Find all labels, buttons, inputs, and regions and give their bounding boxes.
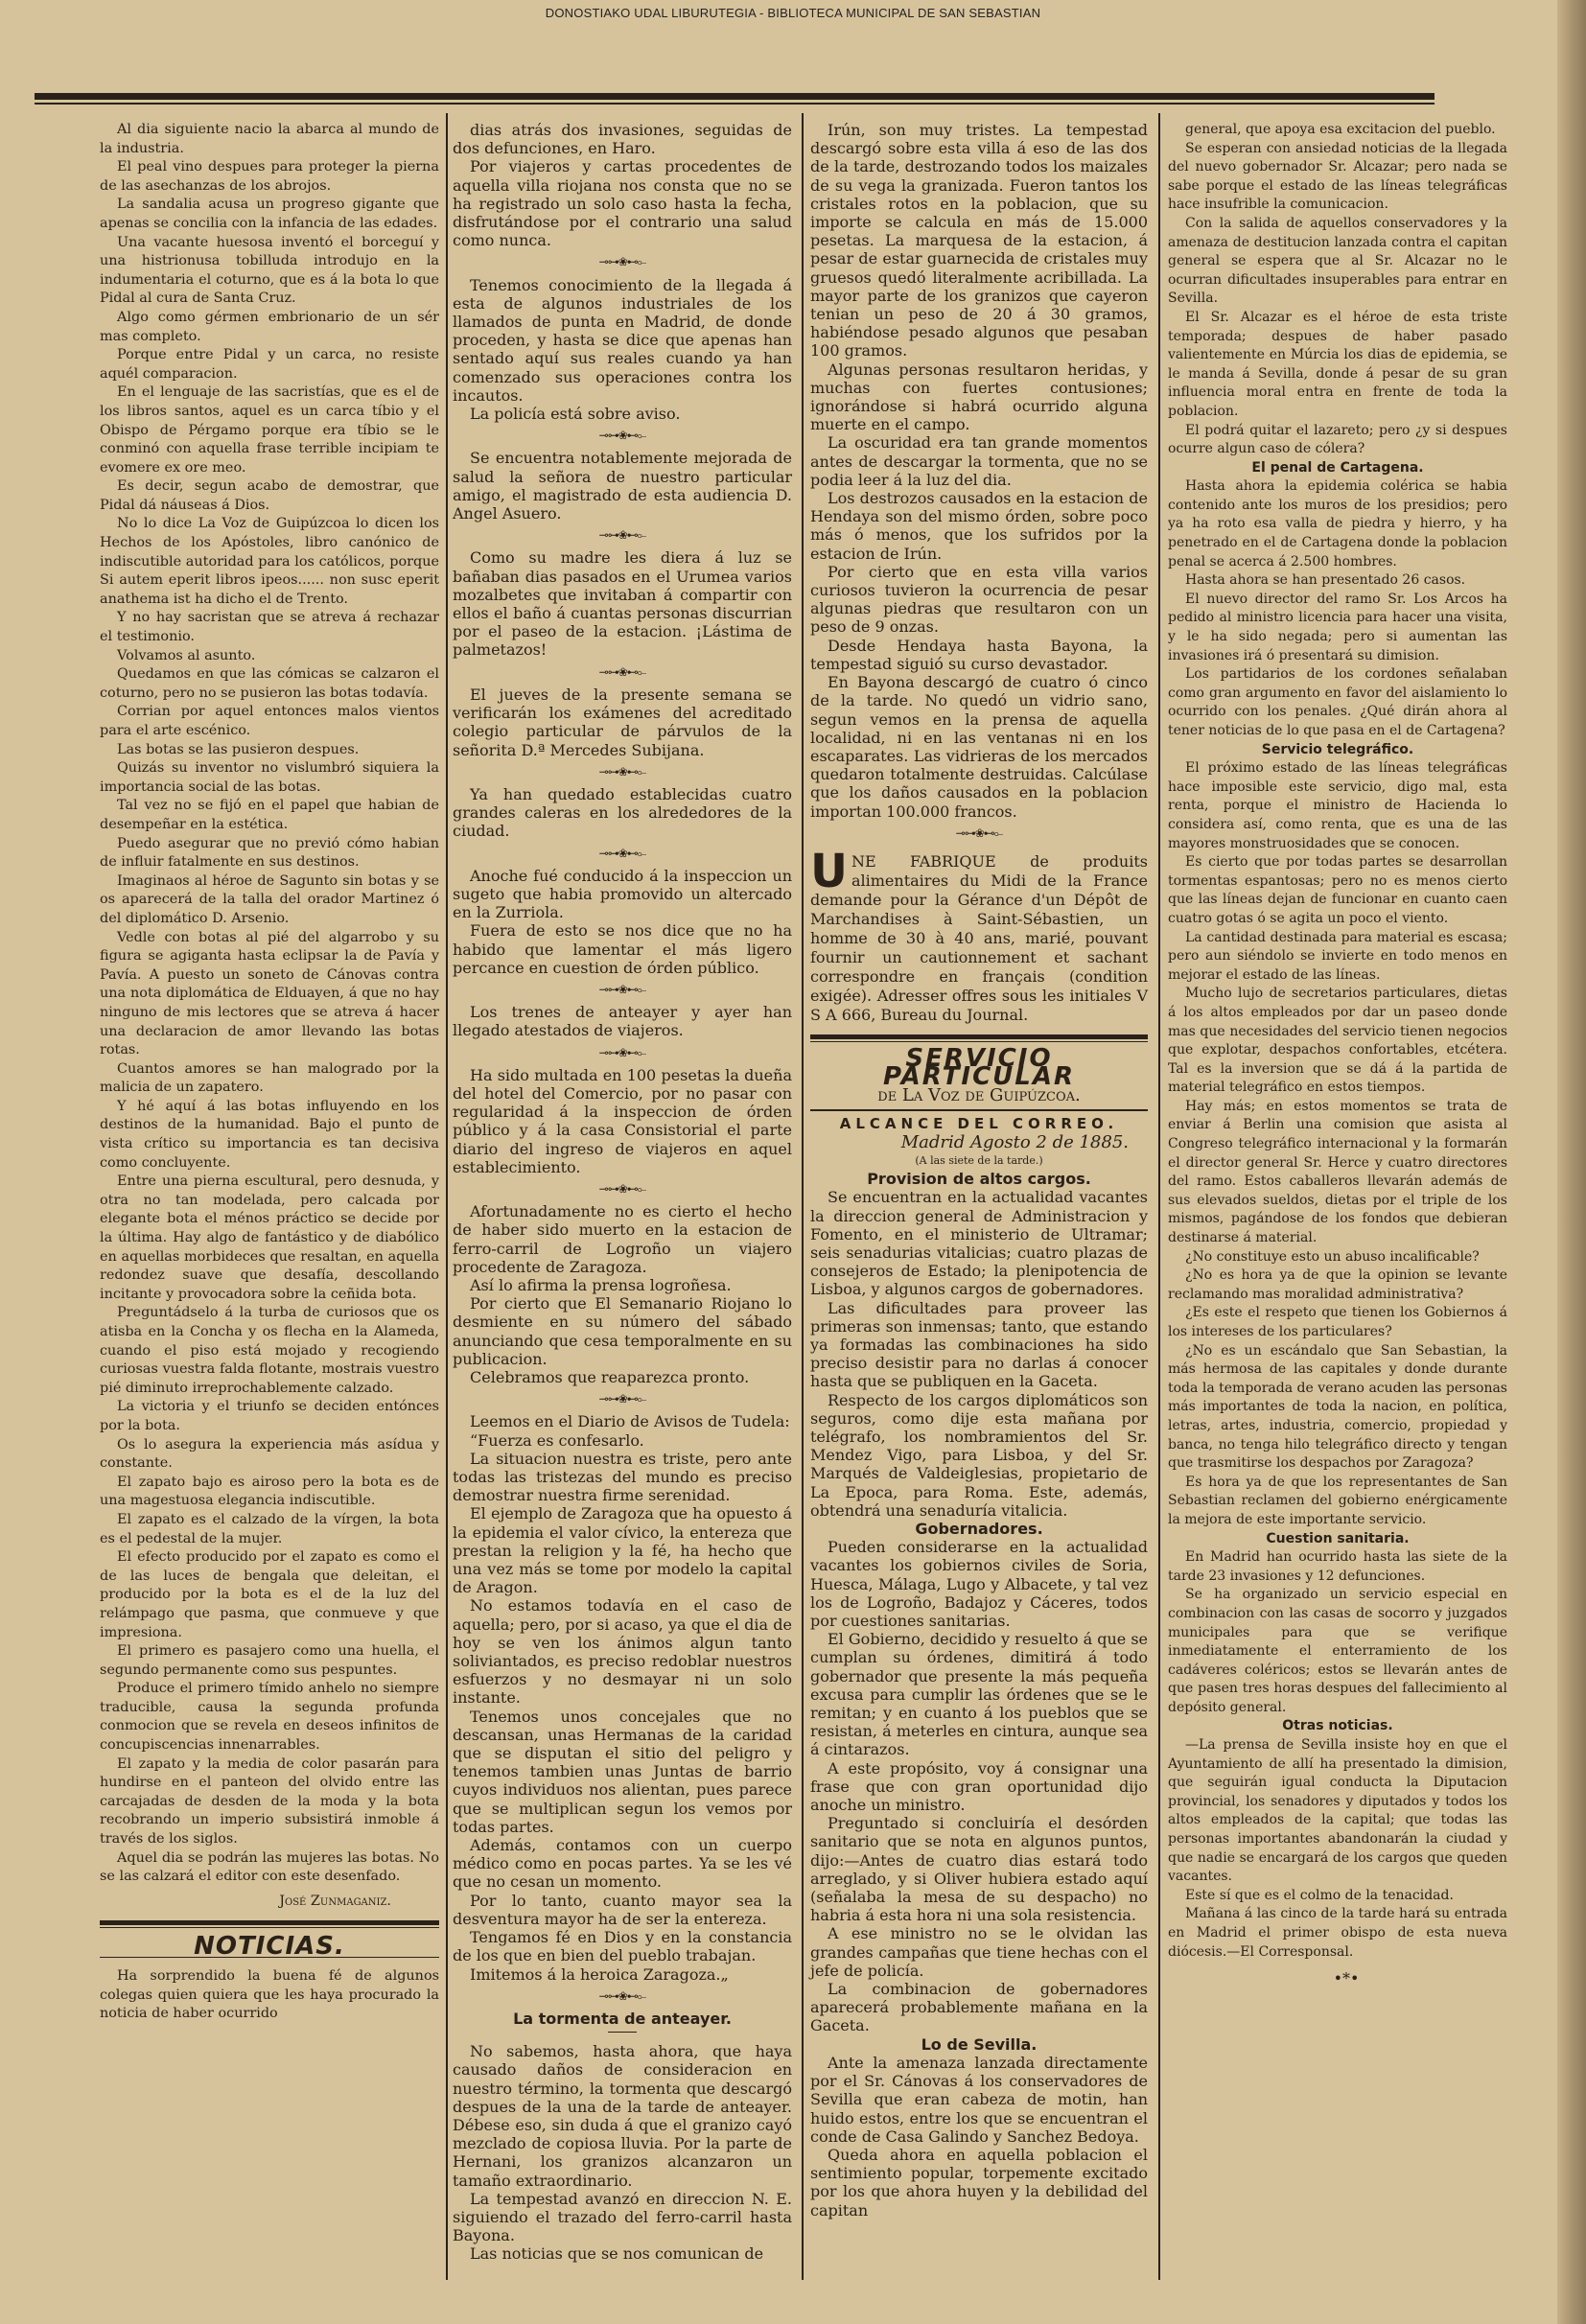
alcance-heading: ALCANCE DEL CORREO. (810, 1115, 1148, 1133)
column-1: Al dia siguiente nacio la abarca al mund… (100, 121, 439, 2024)
provision-heading: Provision de altos cargos. (810, 1170, 1148, 1188)
cartagena-article: Hasta ahora la epidemia colérica se habi… (1168, 477, 1507, 740)
paragraph: Quizás su inventor no vislumbró siquiera… (100, 759, 439, 797)
telegrafico-article: El próximo estado de las líneas telegráf… (1168, 759, 1507, 1529)
ornament-divider: ⊸⊶❀⊷⟜ (453, 763, 792, 781)
paragraph: A este propósito, voy á consignar una fr… (810, 1759, 1148, 1815)
irun-article: Irún, son muy tristes. La tempestad desc… (810, 121, 1148, 821)
section-rule-thin (810, 1041, 1148, 1042)
paragraph: Se encuentra notablemente mejorada de sa… (453, 449, 792, 523)
paragraph: Desde Hendaya hasta Bayona, la tempestad… (810, 637, 1148, 673)
paragraph: ¿No es un escándalo que San Sebastian, l… (1168, 1342, 1507, 1474)
paragraph: Los destrozos causados en la estacion de… (810, 489, 1148, 563)
paragraph: Por viajeros y cartas procedentes de aqu… (453, 157, 792, 249)
paragraph: Tenemos conocimiento de la llegada á est… (453, 276, 792, 405)
paragraph: El zapato es el calzado de la vírgen, la… (100, 1511, 439, 1548)
column-rule (802, 113, 804, 2280)
paragraph: Fuera de esto se nos dice que no ha habi… (453, 921, 792, 977)
signature: José Zunmaganiz. (100, 1893, 439, 1912)
column-4: general, que apoya esa excitacion del pu… (1168, 121, 1507, 1988)
news-item: Los trenes de anteayer y ayer han llegad… (453, 1003, 792, 1039)
sanitaria-heading: Cuestion sanitaria. (1168, 1530, 1507, 1549)
news-items: dias atrás dos invasiones, seguidas de d… (453, 121, 792, 1984)
news-item: Como su madre les diera á luz se bañaban… (453, 548, 792, 659)
paragraph: Y hé aquí á las botas influyendo en los … (100, 1098, 439, 1173)
paragraph: No lo dice La Voz de Guipúzcoa lo dicen … (100, 515, 439, 609)
section-rule-thin (810, 1109, 1148, 1111)
paragraph: Corrian por aquel entonces malos vientos… (100, 703, 439, 740)
paragraph: Vedle con botas al pié del algarrobo y s… (100, 929, 439, 1060)
paragraph: Ante la amenaza lanzada directamente por… (810, 2054, 1148, 2146)
sevilla-continued: general, que apoya esa excitacion del pu… (1168, 121, 1507, 459)
paragraph: Al dia siguiente nacio la abarca al mund… (100, 121, 439, 158)
news-item: Afortunadamente no es cierto el hecho de… (453, 1202, 792, 1386)
ornament-divider: ⊸⊶❀⊷⟜ (453, 427, 792, 445)
paragraph: La cantidad destinada para material es e… (1168, 929, 1507, 986)
short-rule (608, 2032, 637, 2033)
paragraph: El peal vino despues para proteger la pi… (100, 158, 439, 196)
cartagena-heading: El penal de Cartagena. (1168, 459, 1507, 478)
paragraph: Tenemos unos concejales que no descansan… (453, 1708, 792, 1836)
paragraph: Es decir, segun acabo de demostrar, que … (100, 477, 439, 515)
provision-article: Se encuentran en la actualidad vacantes … (810, 1188, 1148, 1520)
paragraph: Preguntádselo á la turba de curiosos que… (100, 1304, 439, 1398)
paragraph: Es hora ya de que los representantes de … (1168, 1474, 1507, 1530)
paragraph: ¿No es hora ya de que la opinion se leva… (1168, 1267, 1507, 1304)
paragraph: Cuantos amores se han malogrado por la m… (100, 1060, 439, 1098)
servicio-particular-heading: SERVICIO PARTICULAR (810, 1050, 1148, 1086)
news-item: Tenemos conocimiento de la llegada á est… (453, 276, 792, 424)
paragraph: Las noticias que se nos comunican de (453, 2244, 792, 2263)
paragraph: Porque entre Pidal y un carca, no resist… (100, 346, 439, 383)
news-item: Leemos en el Diario de Avisos de Tudela:… (453, 1412, 792, 1983)
paragraph: En Madrid han ocurrido hasta las siete d… (1168, 1548, 1507, 1586)
paragraph: El Sr. Alcazar es el héroe de esta trist… (1168, 309, 1507, 422)
paragraph: —La prensa de Sevilla insiste hoy en que… (1168, 1736, 1507, 1887)
paragraph: El Gobierno, decidido y resuelto á que s… (810, 1630, 1148, 1758)
paragraph: El primero es pasajero como una huella, … (100, 1642, 439, 1680)
noticias-paragraph: Ha sorprendido la buena fé de algunos co… (100, 1967, 439, 2024)
paragraph: Hasta ahora se han presentado 26 casos. (1168, 571, 1507, 591)
gobernadores-article: Pueden considerarse en la actualidad vac… (810, 1538, 1148, 2034)
ornament-divider: ⊸⊶❀⊷⟜ (453, 253, 792, 271)
dateline: Madrid Agosto 2 de 1885. (810, 1133, 1148, 1151)
paragraph: La sandalia acusa un progreso gigante qu… (100, 196, 439, 233)
paragraph: Con la salida de aquellos conservadores … (1168, 215, 1507, 309)
paragraph: ¿No constituye esto un abuso incalificab… (1168, 1248, 1507, 1267)
news-item: Ya han quedado establecidas cuatro grand… (453, 785, 792, 841)
paragraph: El nuevo director del ramo Sr. Los Arcos… (1168, 591, 1507, 665)
paragraph: Aquel dia se podrán las mujeres las bota… (100, 1849, 439, 1887)
paragraph: La oscuridad era tan grande momentos ant… (810, 433, 1148, 489)
paragraph: El próximo estado de las líneas telegráf… (1168, 759, 1507, 853)
column-rule (446, 113, 448, 2280)
paragraph: Hasta ahora la epidemia colérica se habi… (1168, 477, 1507, 571)
paragraph: Se ha organizado un servicio especial en… (1168, 1586, 1507, 1717)
paragraph: Hay más; en estos momentos se trata de e… (1168, 1098, 1507, 1248)
paragraph: Este sí que es el colmo de la tenacidad. (1168, 1887, 1507, 1906)
article-botas: Al dia siguiente nacio la abarca al mund… (100, 121, 439, 1887)
paragraph: La policía está sobre aviso. (453, 405, 792, 423)
paragraph: Se esperan con ansiedad noticias de la l… (1168, 140, 1507, 215)
sanitaria-article: En Madrid han ocurrido hasta las siete d… (1168, 1548, 1507, 1717)
paragraph: Algo como gérmen embrionario de un sér m… (100, 309, 439, 346)
column-rule (1158, 113, 1160, 2280)
ornament-divider: ⊸⊶❀⊷⟜ (453, 1987, 792, 2006)
top-rule (35, 93, 1434, 100)
paragraph: dias atrás dos invasiones, seguidas de d… (453, 121, 792, 157)
paragraph: Mucho lujo de secretarios particulares, … (1168, 985, 1507, 1098)
ornament-divider: ⊸⊶❀⊷⟜ (453, 663, 792, 682)
paragraph: Así lo afirma la prensa logroñesa. (453, 1276, 792, 1294)
paragraph: Celebramos que reaparezca pronto. (453, 1368, 792, 1386)
paragraph: En el lenguaje de las sacristías, que es… (100, 383, 439, 477)
paragraph: A ese ministro no se le olvidan las gran… (810, 1924, 1148, 1980)
otras-article: —La prensa de Sevilla insiste hoy en que… (1168, 1736, 1507, 1962)
ad-text: NE FABRIQUE de produits alimentaires du … (810, 852, 1148, 1024)
tormenta-heading: La tormenta de anteayer. (453, 2010, 792, 2028)
paragraph: Los partidarios de los cordones señalaba… (1168, 665, 1507, 740)
paragraph: Como su madre les diera á luz se bañaban… (453, 548, 792, 659)
ornament-divider: ⊸⊶❀⊷⟜ (453, 1180, 792, 1198)
paragraph: No sabemos, hasta ahora, que haya causad… (453, 2042, 792, 2190)
news-item: Ha sido multada en 100 pesetas la dueña … (453, 1066, 792, 1176)
paragraph: Es cierto que por todas partes se desarr… (1168, 853, 1507, 928)
ornament-divider: ⊸⊶❀⊷⟜ (810, 825, 1148, 843)
paragraph: Pueden considerarse en la actualidad vac… (810, 1538, 1148, 1630)
paragraph: El efecto producido por el zapato es com… (100, 1548, 439, 1642)
paragraph: Quedamos en que las cómicas se calzaron … (100, 665, 439, 703)
paragraph: Ya han quedado establecidas cuatro grand… (453, 785, 792, 841)
dropcap: U (810, 852, 848, 891)
paragraph: Las botas se las pusieron despues. (100, 741, 439, 760)
paragraph: La tempestad avanzó en direccion N. E. s… (453, 2190, 792, 2245)
paragraph: Se encuentran en la actualidad vacantes … (810, 1188, 1148, 1298)
paragraph: Tengamos fé en Dios y en la constancia d… (453, 1928, 792, 1964)
noticias-heading: NOTICIAS. (100, 1938, 439, 1957)
paragraph: general, que apoya esa excitacion del pu… (1168, 121, 1507, 140)
section-rule-thin (100, 1927, 439, 1928)
sevilla-heading: Lo de Sevilla. (810, 2035, 1148, 2054)
paragraph: En Bayona descargó de cuatro ó cinco de … (810, 673, 1148, 821)
paragraph: Y no hay sacristan que se atreva á recha… (100, 609, 439, 646)
paragraph: Leemos en el Diario de Avisos de Tudela: (453, 1412, 792, 1430)
paragraph: Preguntado si concluiría el desórden san… (810, 1814, 1148, 1924)
paragraph: Volvamos al asunto. (100, 647, 439, 666)
paragraph: El zapato y la media de color pasarán pa… (100, 1755, 439, 1849)
paragraph: Los trenes de anteayer y ayer han llegad… (453, 1003, 792, 1039)
french-advertisement: U NE FABRIQUE de produits alimentaires d… (810, 852, 1148, 1025)
paragraph: Respecto de los cargos diplomáticos son … (810, 1391, 1148, 1520)
paragraph: Imaginaos al héroe de Sagunto sin botas … (100, 872, 439, 929)
paragraph: Entre una pierna escultural, pero desnud… (100, 1173, 439, 1304)
paragraph: No estamos todavía en el caso de aquella… (453, 1596, 792, 1707)
gobernadores-heading: Gobernadores. (810, 1520, 1148, 1538)
page-edge (1557, 0, 1586, 2324)
paragraph: Además, contamos con un cuerpo médico co… (453, 1836, 792, 1892)
paragraph: Por cierto que El Semanario Riojano lo d… (453, 1294, 792, 1368)
paragraph: El podrá quitar el lazareto; pero ¿y si … (1168, 422, 1507, 459)
news-item: Se encuentra notablemente mejorada de sa… (453, 449, 792, 523)
paragraph: Por lo tanto, cuanto mayor sea la desven… (453, 1892, 792, 1928)
section-rule (810, 1034, 1148, 1039)
paragraph: Mañana á las cinco de la tarde hará su e… (1168, 1905, 1507, 1962)
paragraph: Afortunadamente no es cierto el hecho de… (453, 1202, 792, 1276)
library-header: DONOSTIAKO UDAL LIBURUTEGIA - BIBLIOTECA… (0, 6, 1586, 20)
paragraph: Una vacante huesosa inventó el borceguí … (100, 234, 439, 309)
paragraph: La situacion nuestra es triste, pero ant… (453, 1450, 792, 1505)
news-item: El jueves de la presente semana se verif… (453, 686, 792, 759)
paragraph: Irún, son muy tristes. La tempestad desc… (810, 121, 1148, 360)
paragraph: Algunas personas resultaron heridas, y m… (810, 360, 1148, 434)
paragraph: El jueves de la presente semana se verif… (453, 686, 792, 759)
paragraph: Anoche fué conducido á la inspeccion un … (453, 867, 792, 922)
column-3: Irún, son muy tristes. La tempestad desc… (810, 121, 1148, 2219)
column-2: dias atrás dos invasiones, seguidas de d… (453, 121, 792, 2264)
news-item: dias atrás dos invasiones, seguidas de d… (453, 121, 792, 249)
paragraph: El zapato bajo es airoso pero la bota es… (100, 1474, 439, 1511)
top-rule-thin (35, 103, 1434, 105)
ornament-divider: ⊸⊶❀⊷⟜ (453, 1390, 792, 1408)
telegrafico-heading: Servicio telegráfico. (1168, 741, 1507, 760)
paragraph: La victoria y el triunfo se deciden entó… (100, 1398, 439, 1435)
servicio-particular-subheading: de La Voz de Guipúzcoa. (810, 1086, 1148, 1104)
ornament-divider: ⊸⊶❀⊷⟜ (453, 981, 792, 999)
time-note: (A las siete de la tarde.) (810, 1151, 1148, 1170)
end-mark: •*• (1168, 1969, 1507, 1988)
paragraph: Tal vez no se fijó en el papel que habia… (100, 797, 439, 834)
paragraph: Ha sido multada en 100 pesetas la dueña … (453, 1066, 792, 1176)
sevilla-article: Ante la amenaza lanzada directamente por… (810, 2054, 1148, 2219)
news-item: Anoche fué conducido á la inspeccion un … (453, 867, 792, 977)
tormenta-article: No sabemos, hasta ahora, que haya causad… (453, 2042, 792, 2263)
paragraph: Os lo asegura la experiencia más asídua … (100, 1436, 439, 1474)
paragraph: Las dificultades para proveer las primer… (810, 1299, 1148, 1391)
ornament-divider: ⊸⊶❀⊷⟜ (453, 526, 792, 545)
paragraph: Imitemos á la heroica Zaragoza.„ (453, 1965, 792, 1984)
paragraph: Queda ahora en aquella poblacion el sent… (810, 2146, 1148, 2219)
ornament-divider: ⊸⊶❀⊷⟜ (453, 1044, 792, 1062)
ornament-divider: ⊸⊶❀⊷⟜ (453, 845, 792, 863)
paragraph: Produce el primero tímido anhelo no siem… (100, 1680, 439, 1755)
paragraph: “Fuerza es confesarlo. (453, 1431, 792, 1450)
paragraph: La combinacion de gobernadores aparecerá… (810, 1980, 1148, 2035)
paragraph: Puedo asegurar que no previó cómo habian… (100, 835, 439, 872)
paragraph: ¿Es este el respeto que tienen los Gobie… (1168, 1304, 1507, 1341)
section-rule (100, 1920, 439, 1925)
paragraph: El ejemplo de Zaragoza que ha opuesto á … (453, 1504, 792, 1596)
paragraph: Por cierto que en esta villa varios curi… (810, 563, 1148, 637)
otras-heading: Otras noticias. (1168, 1717, 1507, 1736)
